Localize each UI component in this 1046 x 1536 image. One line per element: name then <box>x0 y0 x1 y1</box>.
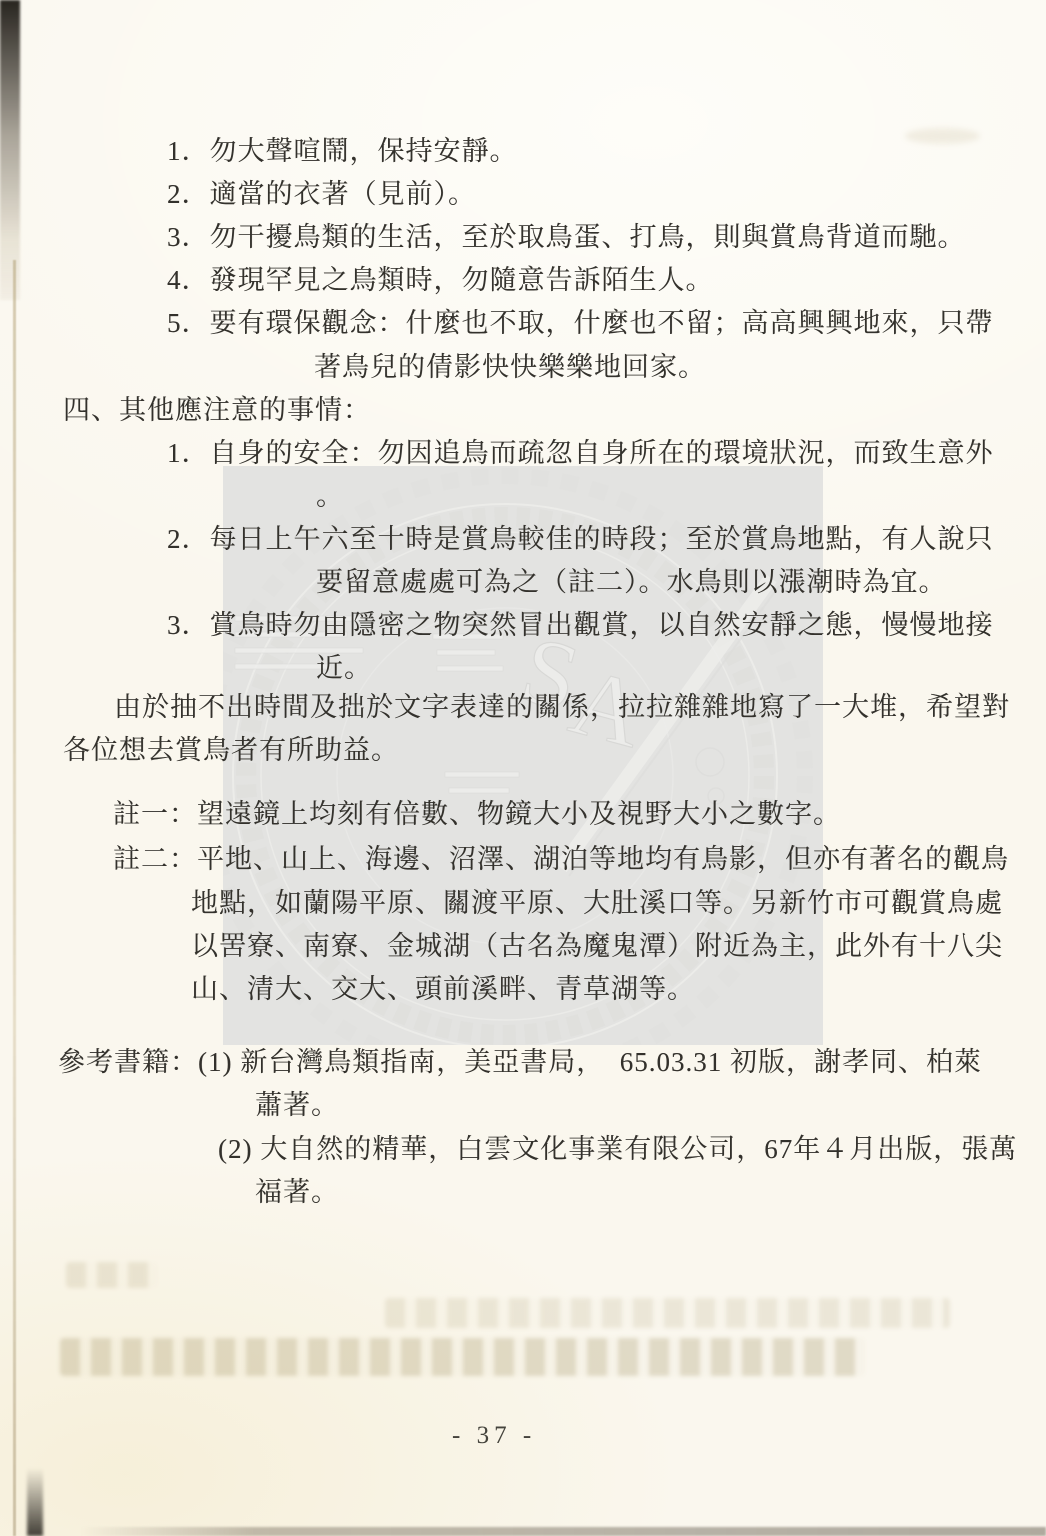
scan-edge-line <box>13 260 16 1536</box>
section-four-heading: 四、其他應注意的事情： <box>63 395 371 425</box>
references-line4: 福著。 <box>255 1177 339 1207</box>
closing-paragraph-line1: 由於抽不出時間及拙於文字表達的關係，拉拉雜雜地寫了一大堆，希望對 <box>114 692 1010 722</box>
closing-paragraph-line2: 各位想去賞鳥者有所助益。 <box>63 735 399 765</box>
references-line2: 蕭著。 <box>255 1090 339 1120</box>
sub-item-2: 2．每日上午六至十時是賞鳥較佳的時段；至於賞鳥地點，有人說只 <box>167 524 994 554</box>
list-item-5: 5．要有環保觀念：什麼也不取，什麼也不留；高高興興地來，只帶 <box>167 308 994 338</box>
sub-item-1-continuation: 。 <box>316 481 344 511</box>
references-line1: 參考書籍：(1) 新台灣鳥類指南，美亞書局， 65.03.31 初版，謝孝同、柏… <box>58 1047 982 1077</box>
note-2-line4: 山、清大、交大、頭前溪畔、青草湖等。 <box>191 974 695 1004</box>
scan-bottom-edge-shadow <box>80 1527 1046 1536</box>
document-page: S A 1．勿大聲喧鬧，保持安靜。 2．適當的衣著（見前）。 3．勿干擾鳥類的生… <box>0 0 1046 1536</box>
ink-bleedthrough-row-1 <box>66 1262 158 1288</box>
scan-corner-shadow <box>27 1468 43 1536</box>
top-right-smudge <box>905 128 980 144</box>
ink-bleedthrough-row-2 <box>385 1298 950 1328</box>
list-item-3: 3．勿干擾鳥類的生活，至於取鳥蛋、打鳥，則與賞鳥背道而馳。 <box>167 222 966 252</box>
list-item-2: 2．適當的衣著（見前）。 <box>167 179 476 209</box>
sub-item-3-continuation: 近。 <box>316 653 372 683</box>
list-item-1: 1．勿大聲喧鬧，保持安靜。 <box>167 136 518 166</box>
note-2-line2: 地點，如蘭陽平原、關渡平原、大肚溪口等。另新竹市可觀賞鳥處 <box>191 888 1003 918</box>
ink-bleedthrough-row-3 <box>60 1338 865 1376</box>
references-line3: (2) 大自然的精華，白雲文化事業有限公司，67年４月出版，張萬 <box>218 1134 1017 1164</box>
note-1: 註一：望遠鏡上均刻有倍數、物鏡大小及視野大小之數字。 <box>113 799 841 829</box>
list-item-4: 4．發現罕見之鳥類時，勿隨意告訴陌生人。 <box>167 265 714 295</box>
note-2-line1: 註二：平地、山上、海邊、沼澤、湖泊等地均有鳥影，但亦有著名的觀鳥 <box>113 844 1009 874</box>
sub-item-3: 3．賞鳥時勿由隱密之物突然冒出觀賞，以自然安靜之態，慢慢地接 <box>167 610 994 640</box>
list-item-5-continuation: 著鳥兒的倩影快快樂樂地回家。 <box>314 352 706 382</box>
note-2-line3: 以罟寮、南寮、金城湖（古名為魔鬼潭）附近為主，此外有十八尖 <box>191 931 1003 961</box>
scan-gutter-shadow <box>0 0 20 300</box>
page-number: - 37 - <box>452 1422 536 1450</box>
sub-item-1: 1．自身的安全：勿因追鳥而疏忽自身所在的環境狀況，而致生意外 <box>167 438 994 468</box>
sub-item-2-continuation: 要留意處處可為之（註二）。水鳥則以漲潮時為宜。 <box>316 567 947 597</box>
